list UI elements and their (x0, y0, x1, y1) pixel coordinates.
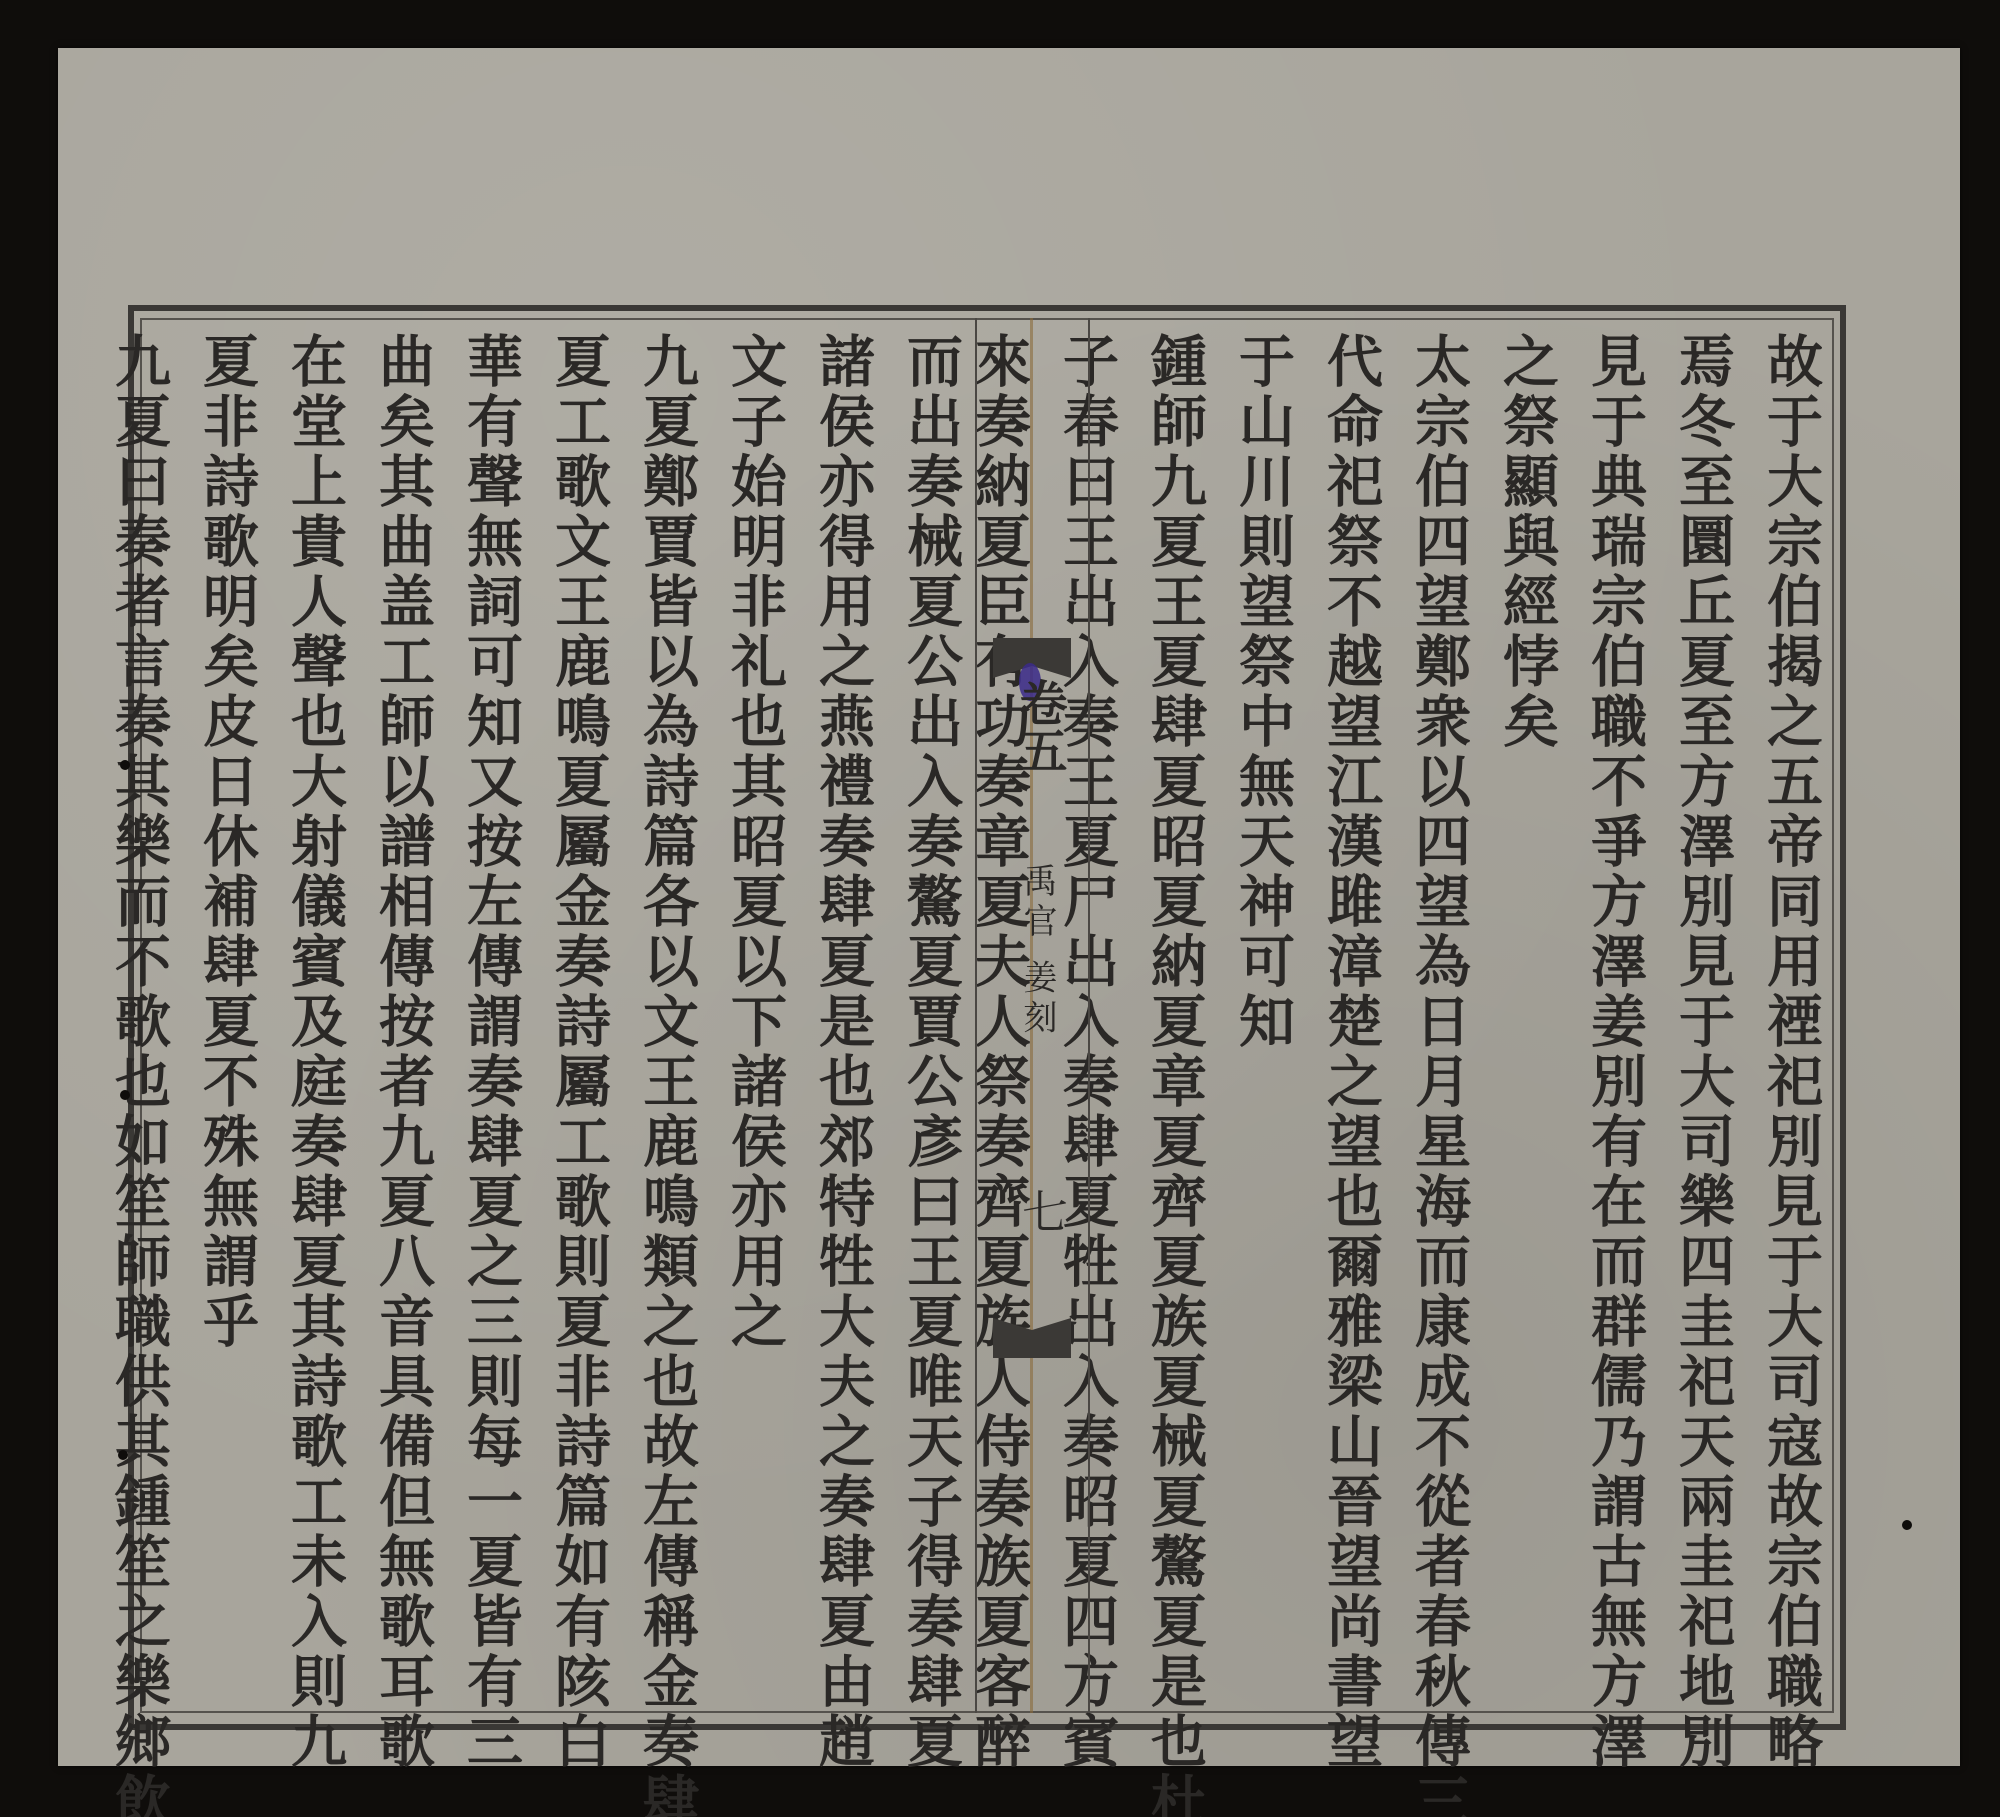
text-column: 諸侯亦得用之燕禮奏肆夏是也郊特牲大夫之奏肆夏由趙 (799, 322, 887, 1712)
text-column: 見于典瑞宗伯職不爭方澤姜別有在而群儒乃謂古無方澤 (1571, 322, 1659, 1712)
text-column: 曲矣其曲盖工師以譜相傳按者九夏八音具備但無歌耳歌 (359, 322, 447, 1712)
column-rule-left (975, 318, 977, 1713)
text-column: 于山川則望祭中無天神可知 (1219, 322, 1307, 1712)
text-column: 代命祀祭不越望江漢雎漳楚之望也爾雅梁山晉望尚書望 (1307, 322, 1395, 1712)
text-column: 九夏曰奏者言奏其樂而不歌也如笙師職供其鍾笙之樂鄉飲 (95, 322, 183, 1712)
text-column: 夏非詩歌明矣皮日休補肆夏不殊無謂乎 (183, 322, 271, 1712)
text-column: 焉冬至圜丘夏至方澤別見于大司樂四圭祀天兩圭祀地別 (1659, 322, 1747, 1712)
binding-hole (118, 1450, 128, 1460)
folio-number: 七 (1009, 1188, 1075, 1234)
binding-hole (120, 1090, 130, 1100)
text-column: 在堂上貴人聲也大射儀賓及庭奏肆夏其詩歌工未入則九 (271, 322, 359, 1712)
text-column: 夏工歌文王鹿鳴夏屬金奏詩屬工歌則夏非詩篇如有陔白 (535, 322, 623, 1712)
text-column: 文子始明非礼也其昭夏以下諸侯亦用之 (711, 322, 799, 1712)
text-column: 九夏鄭賈皆以為詩篇各以文王鹿鳴類之也故左傳稱金奏肆 (623, 322, 711, 1712)
text-column: 之祭顯與經悖矣 (1483, 322, 1571, 1712)
text-column: 華有聲無詞可知又按左傳謂奏肆夏之三則每一夏皆有三 (447, 322, 535, 1712)
volume-label: 卷五 (1005, 678, 1074, 774)
left-page-text: 而出奏械夏公出入奏驁夏賈公彥曰王夏唯天子得奏肆夏 諸侯亦得用之燕禮奏肆夏是也郊特… (145, 322, 975, 1712)
binding-hole (1902, 1520, 1912, 1530)
center-fold-column: 卷五 禹官 姜刻 七 (975, 318, 1090, 1713)
section-label: 禹官 姜刻 (1013, 863, 1062, 1040)
text-column: 太宗伯四望鄭衆以四望為日月星海而康成不從者春秋傳三 (1395, 322, 1483, 1712)
column-rule-right (1088, 318, 1090, 1713)
text-column: 故于大宗伯揭之五帝同用禋祀別見于大司寇故宗伯職略 (1747, 322, 1835, 1712)
right-page-text: 故于大宗伯揭之五帝同用禋祀別見于大司寇故宗伯職略 焉冬至圜丘夏至方澤別見于大司樂… (1090, 322, 1835, 1712)
text-column: 而出奏械夏公出入奏驁夏賈公彥曰王夏唯天子得奏肆夏 (887, 322, 975, 1712)
binding-hole (120, 760, 130, 770)
text-column: 鍾師九夏王夏肆夏昭夏納夏章夏齊夏族夏械夏驁夏是也杜 (1131, 322, 1219, 1712)
